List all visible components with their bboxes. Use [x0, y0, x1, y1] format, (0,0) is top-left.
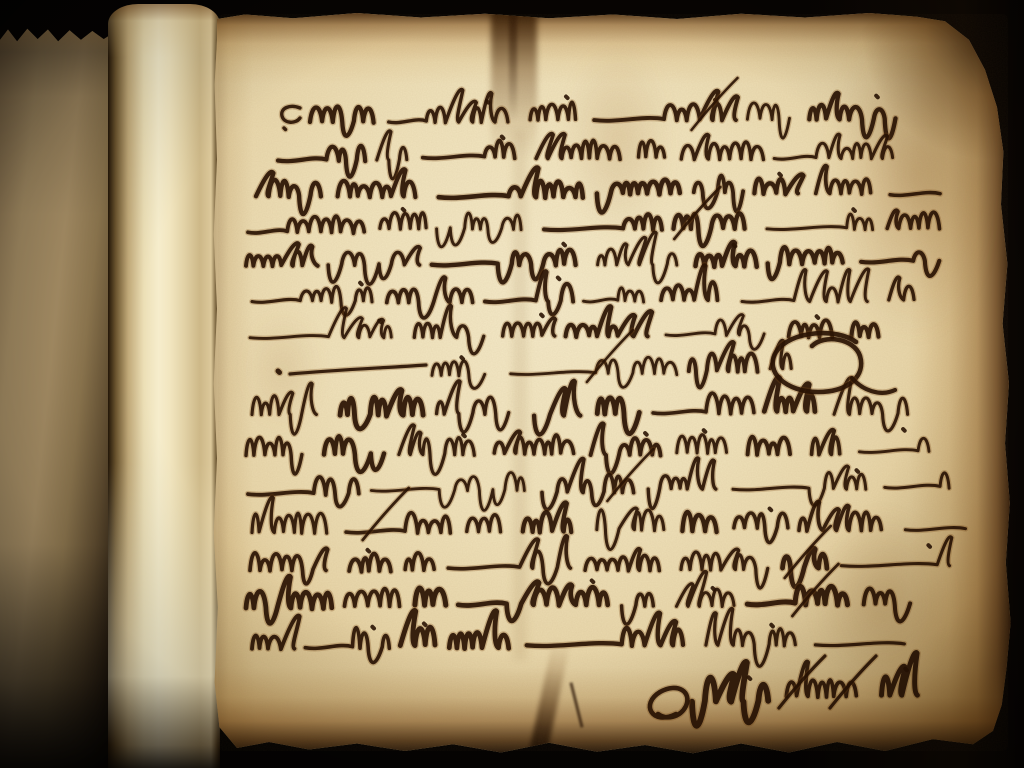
fold-crease-top-core: [509, 10, 517, 120]
fold-crease-bottom: [529, 638, 571, 757]
paper-stain: [243, 310, 323, 430]
fold-crease-faint: [513, 130, 527, 660]
paper-crack: [569, 682, 583, 727]
paper-stain: [813, 510, 953, 690]
paper-stain: [563, 40, 673, 240]
manuscript-page: [213, 10, 1013, 757]
manuscript-photo: [0, 0, 1024, 768]
curled-page-edge-rolled: [108, 4, 220, 768]
smoke-stain: [828, 10, 998, 340]
curled-page-edge-back: [0, 22, 114, 768]
